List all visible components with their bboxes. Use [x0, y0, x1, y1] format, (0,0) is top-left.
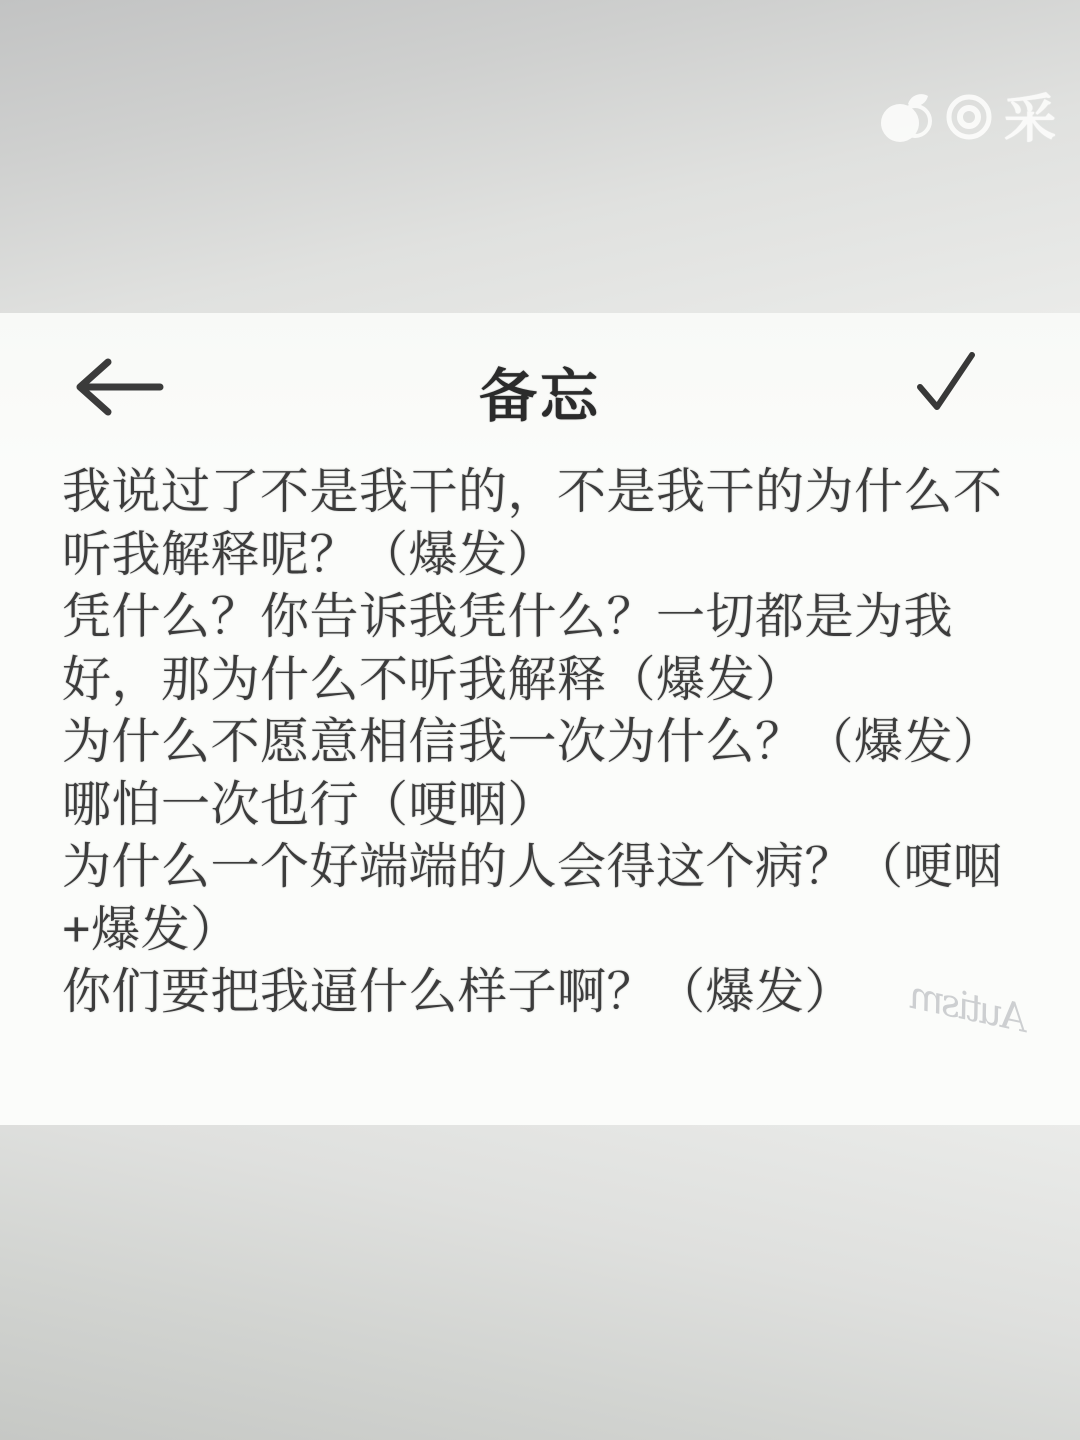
note-line: +爆发）	[62, 899, 1024, 962]
note-line: 凭什么？你告诉我凭什么？一切都是为我	[62, 586, 1024, 649]
confirm-save-button[interactable]	[914, 347, 978, 417]
note-line: 哪怕一次也行（哽咽）	[62, 774, 1024, 837]
note-line: 我说过了不是我干的，不是我干的为什么不	[62, 461, 1024, 524]
top-background-strip: 采	[0, 0, 1080, 313]
note-line: 听我解释呢？（爆发）	[62, 524, 1024, 587]
bullseye-circle-icon	[944, 92, 994, 147]
video-watermark: 采	[878, 90, 1056, 149]
note-line: 为什么不愿意相信我一次为什么？（爆发）	[62, 711, 1024, 774]
watermark-brand-character: 采	[1004, 94, 1056, 146]
checkmark-icon	[914, 405, 978, 420]
bottom-background-strip	[0, 1125, 1080, 1440]
screen: 采 备忘 我说过了不是我干的，不是我干的	[0, 0, 1080, 1440]
memo-navbar: 备忘	[0, 343, 1080, 429]
note-line: 你们要把我逼什么样子啊？（爆发）	[62, 961, 1024, 1024]
note-editor[interactable]: 我说过了不是我干的，不是我干的为什么不 听我解释呢？（爆发） 凭什么？你告诉我凭…	[62, 461, 1024, 1024]
note-line: 好，那为什么不听我解释（爆发）	[62, 649, 1024, 712]
note-line: 为什么一个好端端的人会得这个病？（哽咽	[62, 836, 1024, 899]
memo-card: 备忘 我说过了不是我干的，不是我干的为什么不 听我解释呢？（爆发） 凭什么？你告…	[0, 313, 1080, 1125]
peach-icon	[878, 90, 934, 149]
